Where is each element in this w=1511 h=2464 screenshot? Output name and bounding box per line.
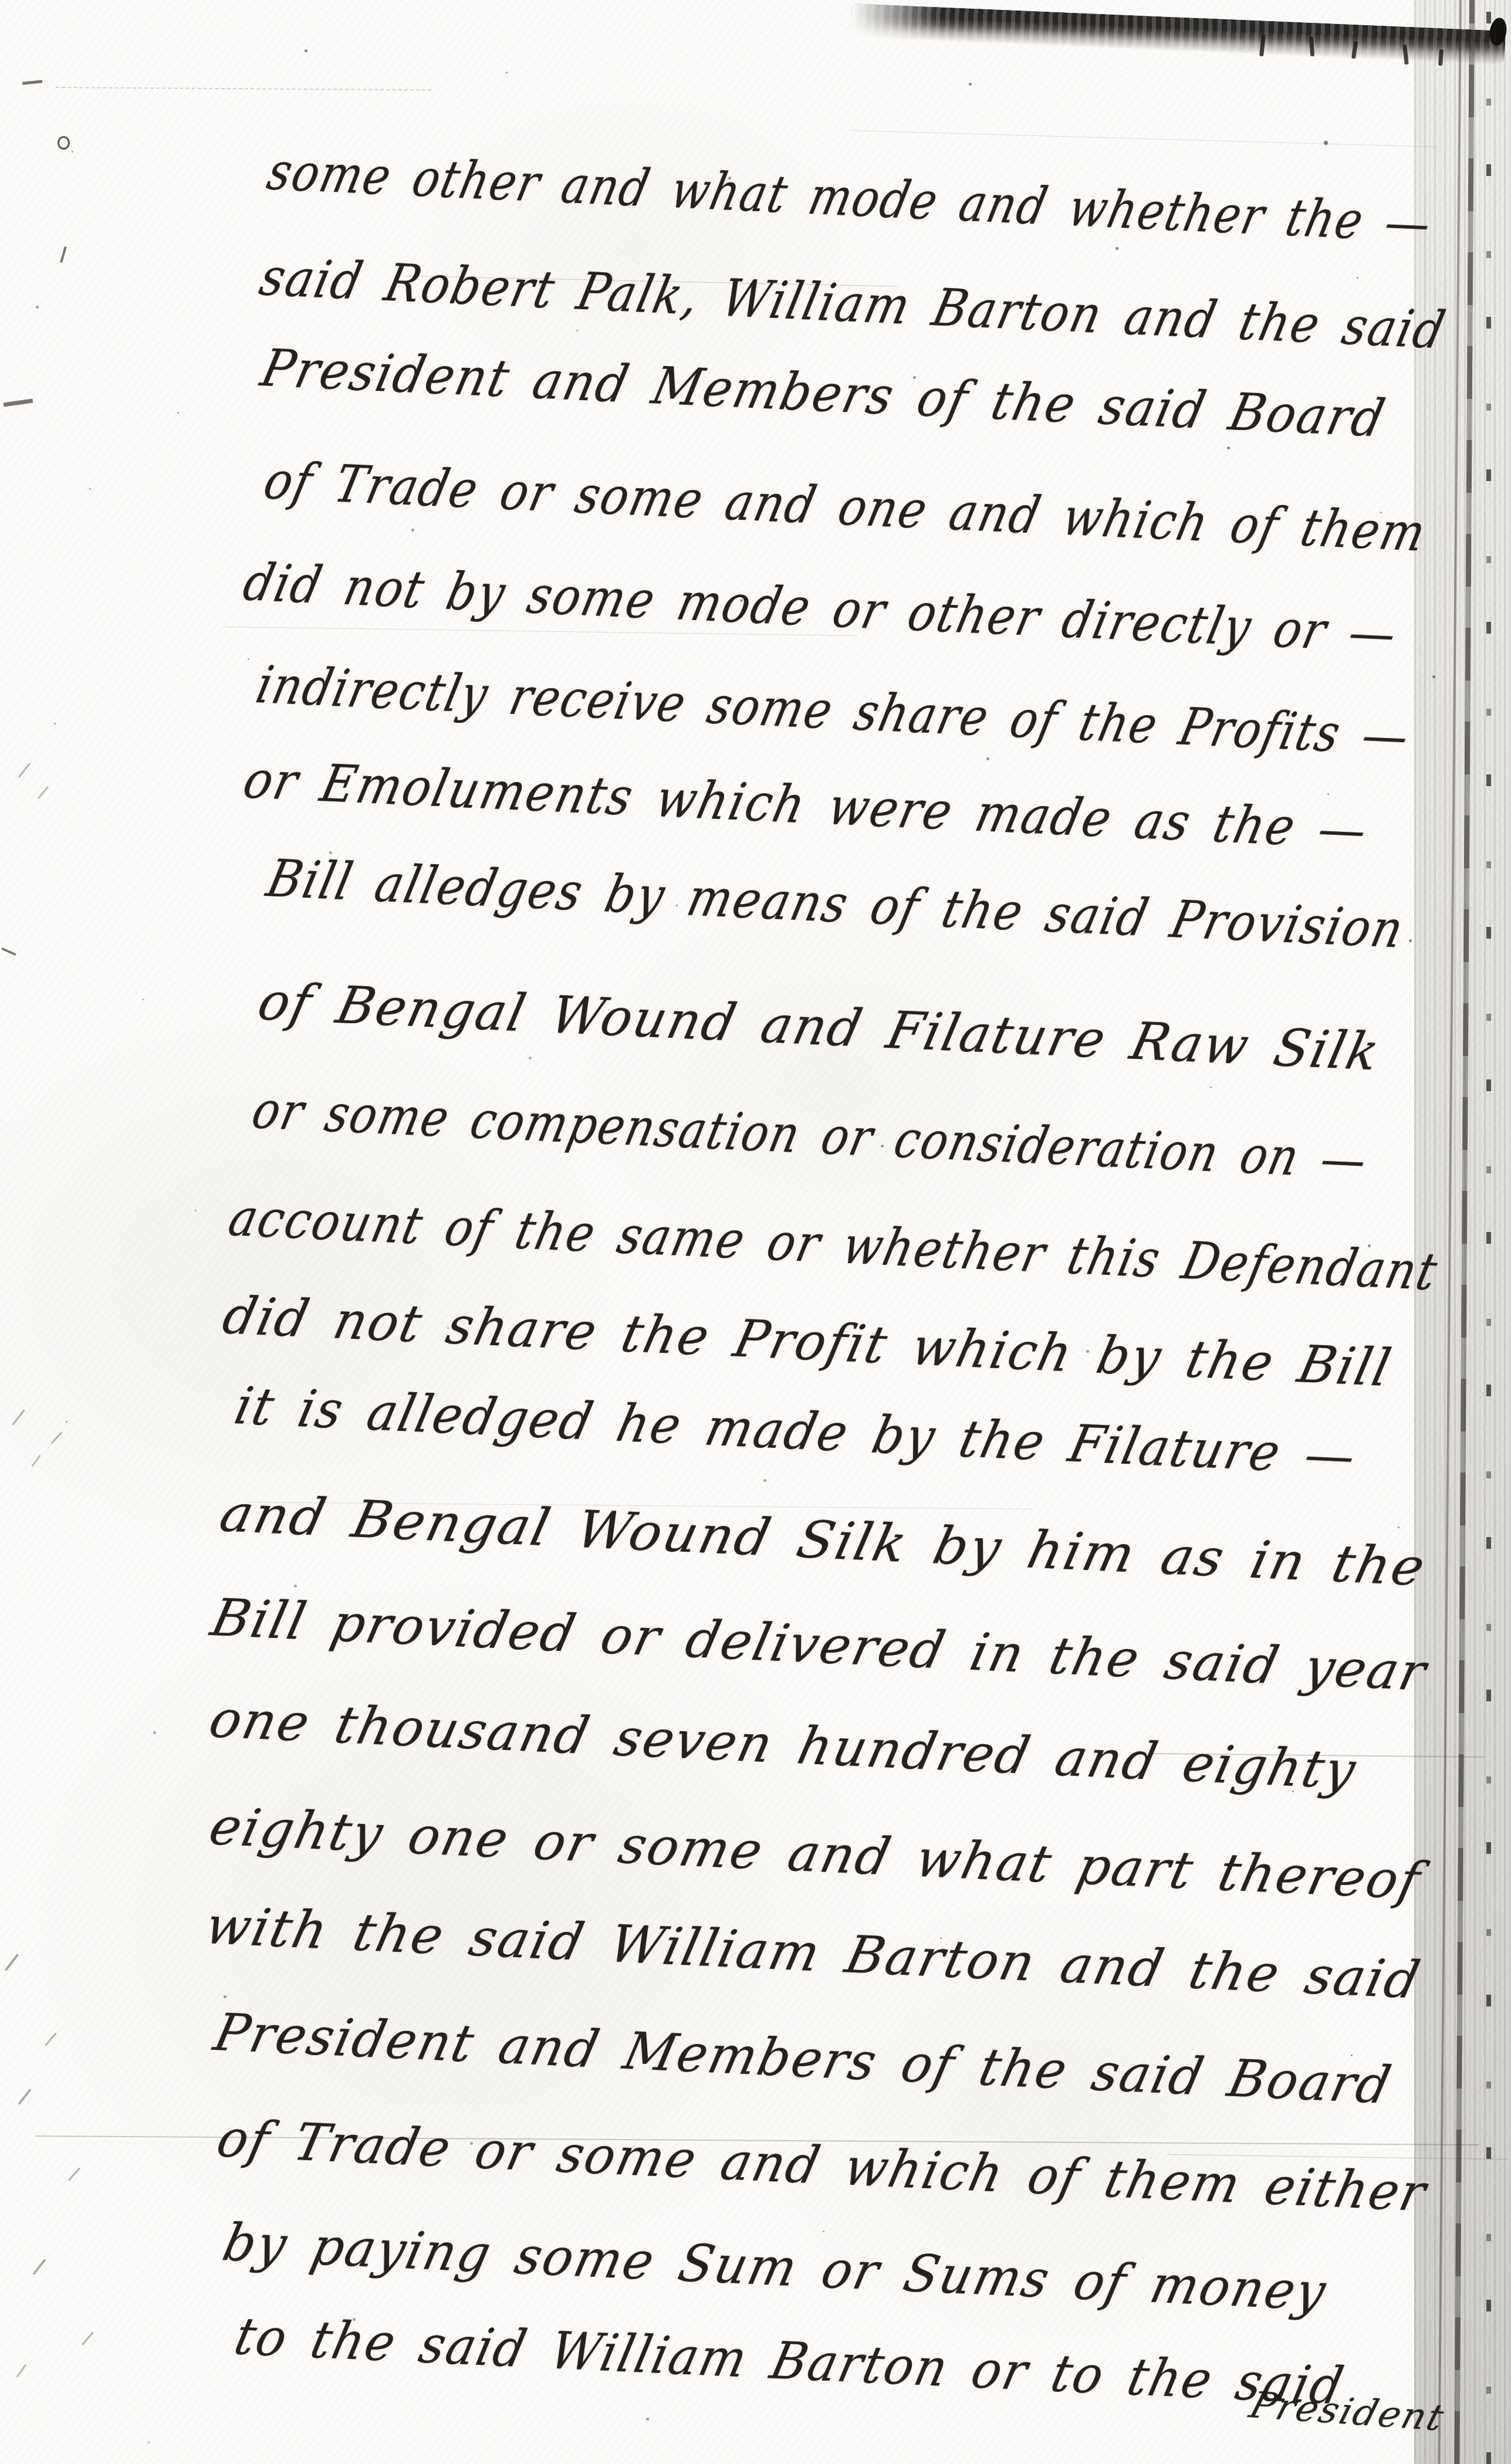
- ink-specks: [0, 0, 2, 2]
- manuscript-page: some other and what mode and whether the…: [0, 0, 1511, 2464]
- binding-speck-column: [1486, 0, 1491, 2464]
- margin-circle-mark: [58, 136, 70, 150]
